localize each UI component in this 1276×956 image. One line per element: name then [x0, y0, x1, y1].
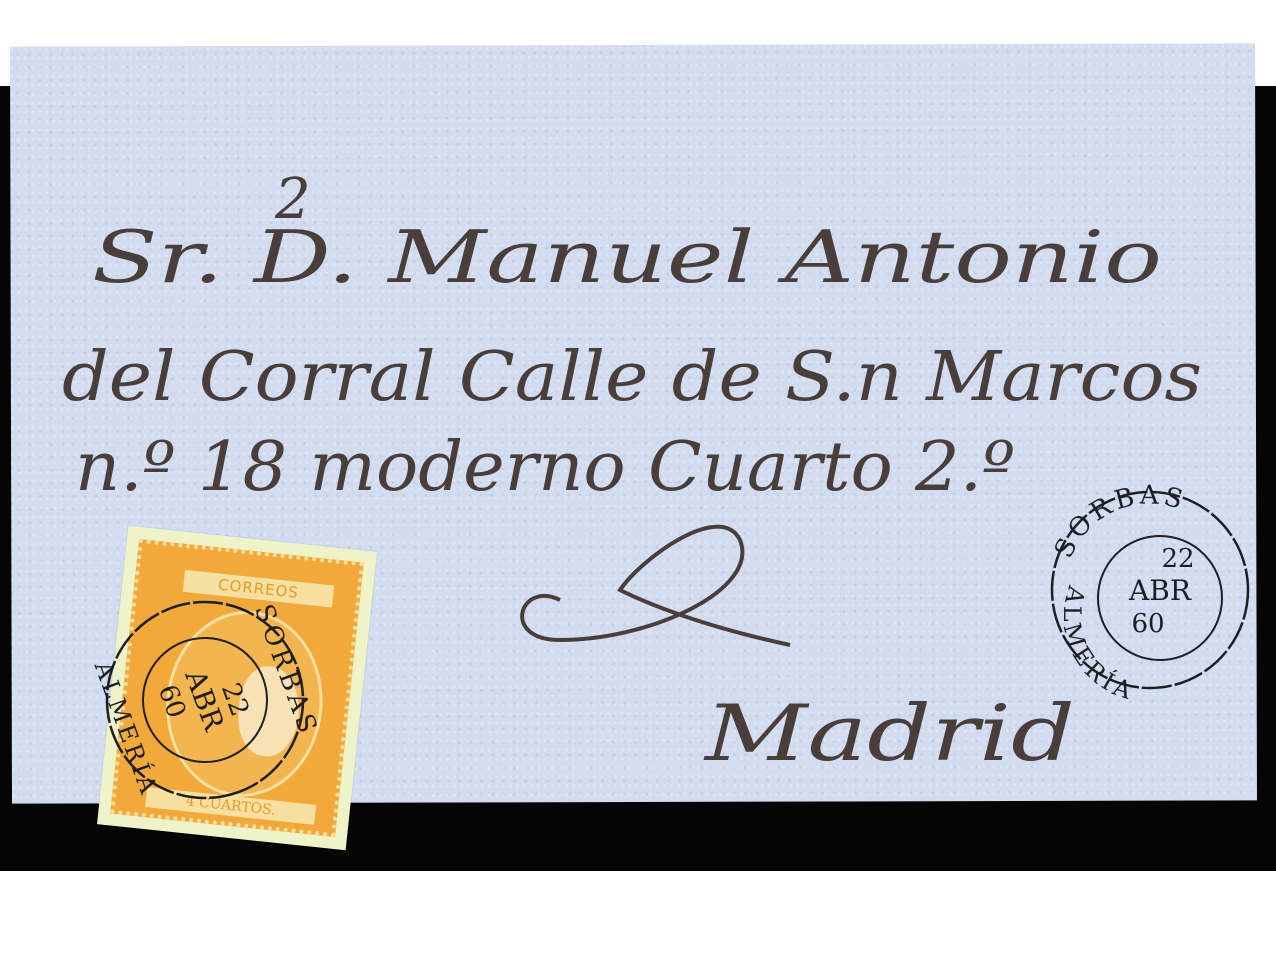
address-line-1: Sr. D. Manuel Antonio: [92, 215, 1162, 299]
flourish-decoration: [522, 527, 790, 645]
postmark-right: SORBAS ALMERÍA 22 ABR 60: [1049, 481, 1248, 707]
destination-city: Madrid: [702, 689, 1075, 779]
stamp-postmark-province: ALMERÍA: [88, 656, 164, 800]
address-line-2: del Corral Calle de S.n Marcos: [62, 338, 1202, 417]
address-line-3: n.º 18 moderno Cuarto 2.º: [75, 428, 1015, 507]
postmark-right-day: 22: [1161, 544, 1194, 574]
handwriting-and-postmarks: 2 Sr. D. Manuel Antonio del Corral Calle…: [0, 0, 1276, 956]
postmark-on-stamp: SORBAS ALMERÍA 22 ABR 60: [79, 573, 333, 825]
postmark-right-year: 60: [1131, 609, 1164, 639]
postmark-right-month: ABR: [1128, 574, 1192, 607]
